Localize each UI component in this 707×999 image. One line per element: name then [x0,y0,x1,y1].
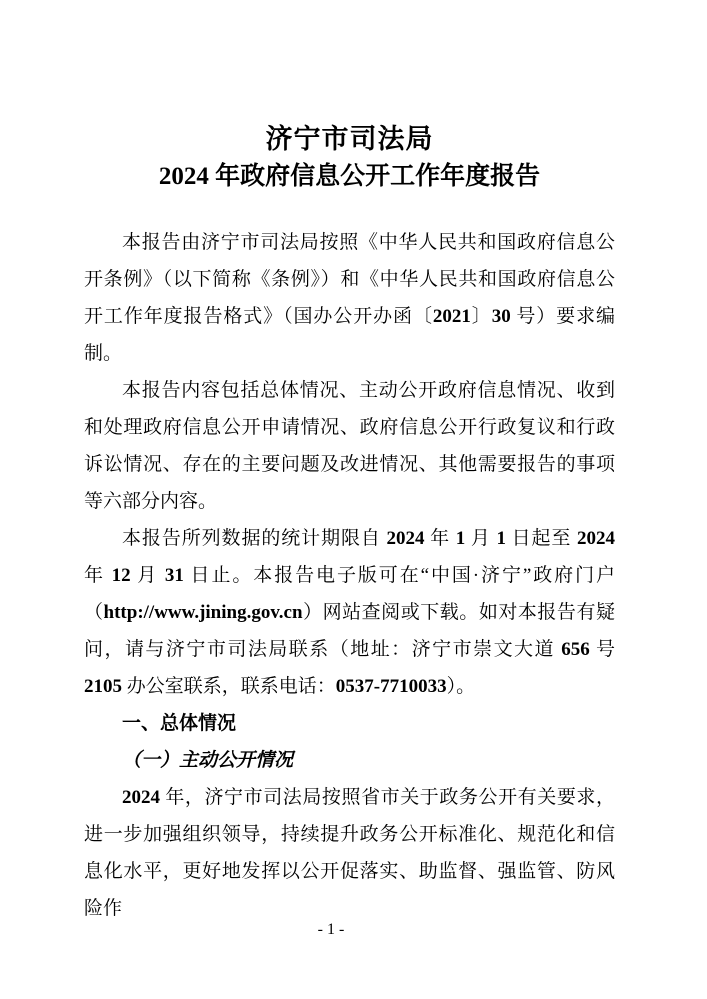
paragraph-proactive-disclosure-body: 2024 年，济宁市司法局按照省市关于政务公开有关要求，进一步加强组织领导，持续… [84,779,615,927]
number-run: 2105 [84,676,122,697]
number-run: 2024 [577,528,615,549]
website-url-text: http://www.jining.gov.cn [104,602,303,623]
text-run: 年 [84,565,112,586]
text-run: ）。 [447,676,476,697]
section-heading-overall-situation: 一、总体情况 [84,705,615,742]
subsection-heading-proactive-disclosure: （一）主动公开情况 [84,742,615,779]
number-run: 2024 [122,787,160,808]
text-run: 本报告内容包括总体情况、主动公开政府信息情况、收到和处理政府信息公开申请情况、政… [84,380,615,512]
title-line-2: 2024 年政府信息公开工作年度报告 [84,158,615,196]
text-run: 日起至 [506,528,577,549]
text-run: 办公室联系，联系电话： [122,676,336,697]
text-run: 年 [424,528,455,549]
number-run: 1 [456,528,466,549]
document-content: 济宁市司法局 2024 年政府信息公开工作年度报告 本报告由济宁市司法局按照《中… [84,120,615,927]
text-run: 号 [590,639,615,660]
number-run: 31 [165,565,184,586]
number-run: 30 [492,306,511,327]
paragraph-statistics-period-contact: 本报告所列数据的统计期限自 2024 年 1 月 1 日起至 2024 年 12… [84,520,615,705]
document-title: 济宁市司法局 2024 年政府信息公开工作年度报告 [84,120,615,196]
number-run: 1 [496,528,506,549]
number-run: 12 [112,565,131,586]
number-run: 2024 [386,528,424,549]
text-run: 本报告所列数据的统计期限自 [122,528,386,549]
number-run: 656 [561,639,590,660]
paragraph-compilation-basis: 本报告由济宁市司法局按照《中华人民共和国政府信息公开条例》（以下简称《条例》）和… [84,224,615,372]
paragraph-report-contents: 本报告内容包括总体情况、主动公开政府信息情况、收到和处理政府信息公开申请情况、政… [84,372,615,520]
page-number: - 1 - [318,920,345,940]
number-run: 2021 [433,306,471,327]
text-run: 〕 [471,306,492,327]
title-line-1: 济宁市司法局 [84,120,615,158]
text-run: 月 [465,528,496,549]
text-run: 月 [131,565,165,586]
phone-number-text: 0537-7710033 [336,676,447,697]
text-run: 年，济宁市司法局按照省市关于政务公开有关要求，进一步加强组织领导，持续提升政务公… [84,787,615,919]
document-page: 济宁市司法局 2024 年政府信息公开工作年度报告 本报告由济宁市司法局按照《中… [0,0,707,999]
